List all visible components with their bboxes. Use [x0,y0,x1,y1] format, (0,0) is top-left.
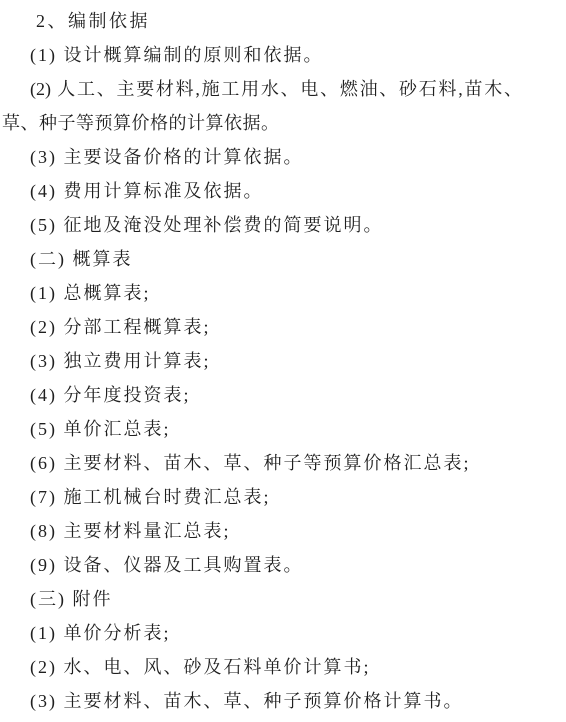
list-item: (6) 主要材料、苗木、草、种子等预算价格汇总表; [0,446,566,480]
list-item-continuation: 草、种子等预算价格的计算依据。 [0,106,566,140]
list-item: (1) 单价分析表; [0,616,566,650]
list-item: (1) 设计概算编制的原则和依据。 [0,38,566,72]
list-item: (8) 主要材料量汇总表; [0,514,566,548]
list-item: (3) 主要材料、苗木、草、种子预算价格计算书。 [0,684,566,718]
subsection-heading: (三) 附件 [0,582,566,616]
list-item: (4) 分年度投资表; [0,378,566,412]
list-item: (9) 设备、仪器及工具购置表。 [0,548,566,582]
list-item: (3) 独立费用计算表; [0,344,566,378]
document-page: 2、编制依据 (1) 设计概算编制的原则和依据。 (2) 人工、主要材料,施工用… [0,0,566,722]
list-item: (2) 人工、主要材料,施工用水、电、燃油、砂石料,苗木、 [30,72,522,106]
list-item: (5) 征地及淹没处理补偿费的简要说明。 [0,208,566,242]
list-item: (2) 水、电、风、砂及石料单价计算书; [0,650,566,684]
subsection-heading: (二) 概算表 [0,242,566,276]
section-heading: 2、编制依据 [0,4,566,38]
list-item: (5) 单价汇总表; [0,412,566,446]
list-item: (1) 总概算表; [0,276,566,310]
list-item: (7) 施工机械台时费汇总表; [0,480,566,514]
list-item: (3) 主要设备价格的计算依据。 [0,140,566,174]
list-item: (4) 费用计算标准及依据。 [0,174,566,208]
list-item: (2) 分部工程概算表; [0,310,566,344]
